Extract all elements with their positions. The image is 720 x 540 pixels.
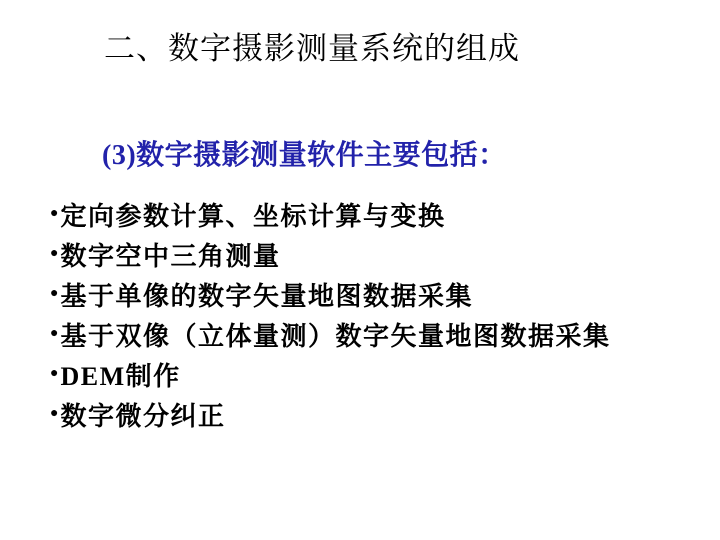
list-item: ● 数字微分纠正 <box>50 394 610 434</box>
list-item: ● 基于双像（立体量测）数字矢量地图数据采集 <box>50 314 610 354</box>
presentation-slide: 二、数字摄影测量系统的组成 (3)数字摄影测量软件主要包括： ● 定向参数计算、… <box>0 0 720 540</box>
bullet-dot-icon: ● <box>50 247 58 261</box>
list-item: ● 数字空中三角测量 <box>50 234 610 274</box>
list-item-text: 数字空中三角测量 <box>60 236 280 273</box>
bullet-dot-icon: ● <box>50 407 58 421</box>
list-item-text: 基于双像（立体量测）数字矢量地图数据采集 <box>60 316 610 353</box>
list-item: ● DEM制作 <box>50 354 610 394</box>
list-item: ● 基于单像的数字矢量地图数据采集 <box>50 274 610 314</box>
list-item: ● 定向参数计算、坐标计算与变换 <box>50 194 610 234</box>
bullet-dot-icon: ● <box>50 367 58 381</box>
list-item-text: 基于单像的数字矢量地图数据采集 <box>60 276 473 313</box>
bullet-dot-icon: ● <box>50 207 58 221</box>
bullet-dot-icon: ● <box>50 287 58 301</box>
bullet-list: ● 定向参数计算、坐标计算与变换 ● 数字空中三角测量 ● 基于单像的数字矢量地… <box>50 194 610 434</box>
slide-title: 二、数字摄影测量系统的组成 <box>104 30 520 68</box>
list-item-text: 数字微分纠正 <box>60 396 225 433</box>
list-item-text: DEM制作 <box>60 356 180 393</box>
list-item-text: 定向参数计算、坐标计算与变换 <box>60 196 445 233</box>
slide-subtitle: (3)数字摄影测量软件主要包括： <box>102 138 507 174</box>
bullet-dot-icon: ● <box>50 327 58 341</box>
